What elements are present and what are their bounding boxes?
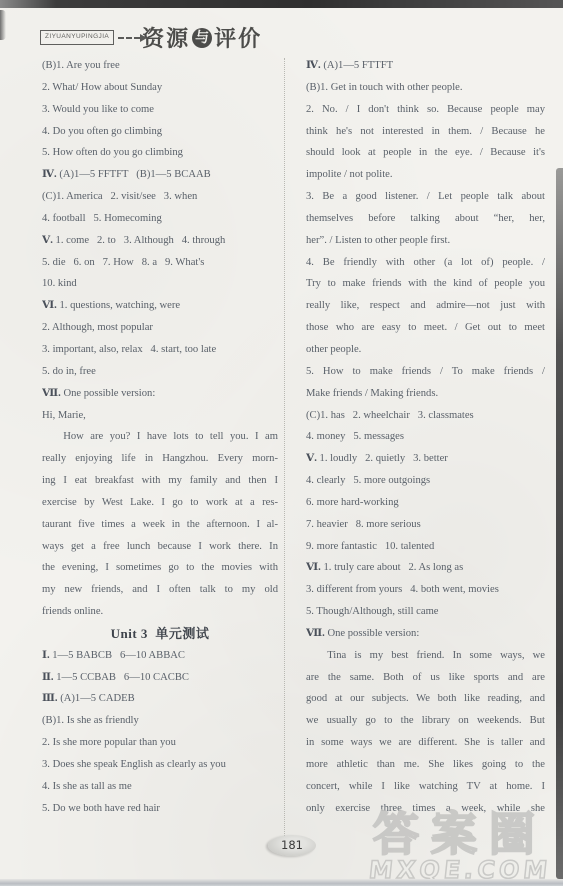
text-line: more athletic than me. She likes going t… bbox=[306, 754, 545, 776]
text-line: 3. different from yours 4. both went, mo… bbox=[306, 579, 545, 601]
text-line: 2. No. / I don't think so. Because peopl… bbox=[306, 99, 545, 121]
text-line: 5. Do we both have red hair bbox=[42, 798, 278, 820]
text-line: ing I eat breakfast with my family and t… bbox=[42, 470, 278, 492]
text-line: 5. How to make friends / To make friends… bbox=[306, 361, 545, 383]
section-heading: Unit 3 单元测试 bbox=[42, 623, 278, 645]
text-line: 2. Is she more popular than you bbox=[42, 732, 278, 754]
text-line: (C)1. has 2. wheelchair 3. classmates bbox=[306, 405, 545, 427]
text-line: 4. Be friendly with other (a lot of) peo… bbox=[306, 252, 545, 274]
text-line: other people. bbox=[306, 339, 545, 361]
text-line: Make friends / Making friends. bbox=[306, 383, 545, 405]
text-line: Hi, Marie, bbox=[42, 405, 278, 427]
text-line: How are you? I have lots to tell you. I … bbox=[42, 426, 278, 448]
text-line: Ⅰ. 1—5 BABCB 6—10 ABBAC bbox=[42, 645, 278, 667]
text-line: ways get a free lunch because I work the… bbox=[42, 536, 278, 558]
text-line: 2. What/ How about Sunday bbox=[42, 77, 278, 99]
text-line: 4. money 5. messages bbox=[306, 426, 545, 448]
scan-bottom-edge bbox=[0, 879, 563, 886]
text-line: 4. Do you often go climbing bbox=[42, 121, 278, 143]
scan-right-edge bbox=[556, 168, 563, 879]
right-column: Ⅳ. (A)1—5 FTTFT(B)1. Get in touch with o… bbox=[306, 55, 545, 820]
text-line: her”. / Listen to other people first. bbox=[306, 230, 545, 252]
text-line: 9. more fantastic 10. talented bbox=[306, 536, 545, 558]
text-line: we usually go to the library on weekends… bbox=[306, 710, 545, 732]
text-line: 5. die 6. on 7. How 8. a 9. What's bbox=[42, 252, 278, 274]
text-line: 3. Be a good listener. / Let people talk… bbox=[306, 186, 545, 208]
text-line: Ⅶ. One possible version: bbox=[306, 623, 545, 645]
logo-title: 资源与评价 bbox=[142, 22, 262, 53]
text-line: Ⅴ. 1. loudly 2. quietly 3. better bbox=[306, 448, 545, 470]
text-line: Ⅲ. (A)1—5 CADEB bbox=[42, 688, 278, 710]
text-line: 4. football 5. Homecoming bbox=[42, 208, 278, 230]
text-line: concert, while I like watching TV at hom… bbox=[306, 776, 545, 798]
text-line: Try to make friends with the kind of peo… bbox=[306, 273, 545, 295]
text-line: Ⅵ. 1. truly care about 2. As long as bbox=[306, 557, 545, 579]
text-line: really like, respect and admire—not just… bbox=[306, 295, 545, 317]
text-line: 3. Would you like to come bbox=[42, 99, 278, 121]
text-line: 6. more hard-working bbox=[306, 492, 545, 514]
watermark: 答案圈 MXQE.COM bbox=[369, 810, 551, 882]
text-line: in some ways we are different. She is ta… bbox=[306, 732, 545, 754]
text-line: 5. do in, free bbox=[42, 361, 278, 383]
scanned-page: ZIYUANYUPINGJIA 资源与评价 (B)1. Are you free… bbox=[0, 0, 563, 886]
text-line: 5. How often do you go climbing bbox=[42, 142, 278, 164]
text-line: should look at people in the eye. / Beca… bbox=[306, 142, 545, 164]
text-line: 3. important, also, relax 4. start, too … bbox=[42, 339, 278, 361]
text-line: Ⅵ. 1. questions, watching, were bbox=[42, 295, 278, 317]
column-divider bbox=[284, 58, 285, 848]
text-line: Ⅴ. 1. come 2. to 3. Although 4. through bbox=[42, 230, 278, 252]
text-line: (B)1. Are you free bbox=[42, 55, 278, 77]
text-line: (B)1. Get in touch with other people. bbox=[306, 77, 545, 99]
text-line: only exercise three times a week, while … bbox=[306, 798, 545, 820]
logo-pinyin-box: ZIYUANYUPINGJIA bbox=[40, 30, 114, 45]
text-line: Ⅱ. 1—5 CCBAB 6—10 CACBC bbox=[42, 667, 278, 689]
text-line: 2. Although, most popular bbox=[42, 317, 278, 339]
text-line: friends online. bbox=[42, 601, 278, 623]
text-line: 4. clearly 5. more outgoings bbox=[306, 470, 545, 492]
text-line: (C)1. America 2. visit/see 3. when bbox=[42, 186, 278, 208]
text-line: impolite / not polite. bbox=[306, 164, 545, 186]
text-line: Tina is my best friend. In some ways, we bbox=[306, 645, 545, 667]
logo-title-right: 评价 bbox=[214, 22, 262, 53]
text-line: my new friends, and I often talk to my o… bbox=[42, 579, 278, 601]
text-line: are the same. Both of us like sports and… bbox=[306, 667, 545, 689]
text-line: 7. heavier 8. more serious bbox=[306, 514, 545, 536]
scan-top-edge bbox=[0, 0, 563, 8]
text-line: those who are easy to meet. / Get out to… bbox=[306, 317, 545, 339]
text-line: really enjoying life in Hangzhou. Every … bbox=[42, 448, 278, 470]
dashed-arrow-icon bbox=[118, 37, 140, 39]
text-line: Ⅶ. One possible version: bbox=[42, 383, 278, 405]
text-line: 5. Though/Although, still came bbox=[306, 601, 545, 623]
scan-corner-shadow bbox=[0, 10, 6, 40]
logo-title-left: 资源 bbox=[142, 22, 190, 53]
text-line: taurant five times a week in the afterno… bbox=[42, 514, 278, 536]
text-line: 10. kind bbox=[42, 273, 278, 295]
book-logo: ZIYUANYUPINGJIA 资源与评价 bbox=[40, 22, 262, 53]
text-line: Ⅳ. (A)1—5 FFTFT (B)1—5 BCAAB bbox=[42, 164, 278, 186]
text-line: exercise by West Lake. I go to work at a… bbox=[42, 492, 278, 514]
text-line: good at our subjects. We both like readi… bbox=[306, 688, 545, 710]
text-line: themselves before talking about “her, he… bbox=[306, 208, 545, 230]
text-line: the evening, I sometimes go to the movie… bbox=[42, 557, 278, 579]
text-line: 4. Is she as tall as me bbox=[42, 776, 278, 798]
text-line: think he's not interested in them. / Bec… bbox=[306, 121, 545, 143]
left-column: (B)1. Are you free2. What/ How about Sun… bbox=[42, 55, 278, 820]
text-line: 3. Does she speak English as clearly as … bbox=[42, 754, 278, 776]
logo-circle-character: 与 bbox=[192, 28, 212, 48]
text-line: Ⅳ. (A)1—5 FTTFT bbox=[306, 55, 545, 77]
page-number-badge: 181 bbox=[268, 835, 316, 856]
text-line: (B)1. Is she as friendly bbox=[42, 710, 278, 732]
